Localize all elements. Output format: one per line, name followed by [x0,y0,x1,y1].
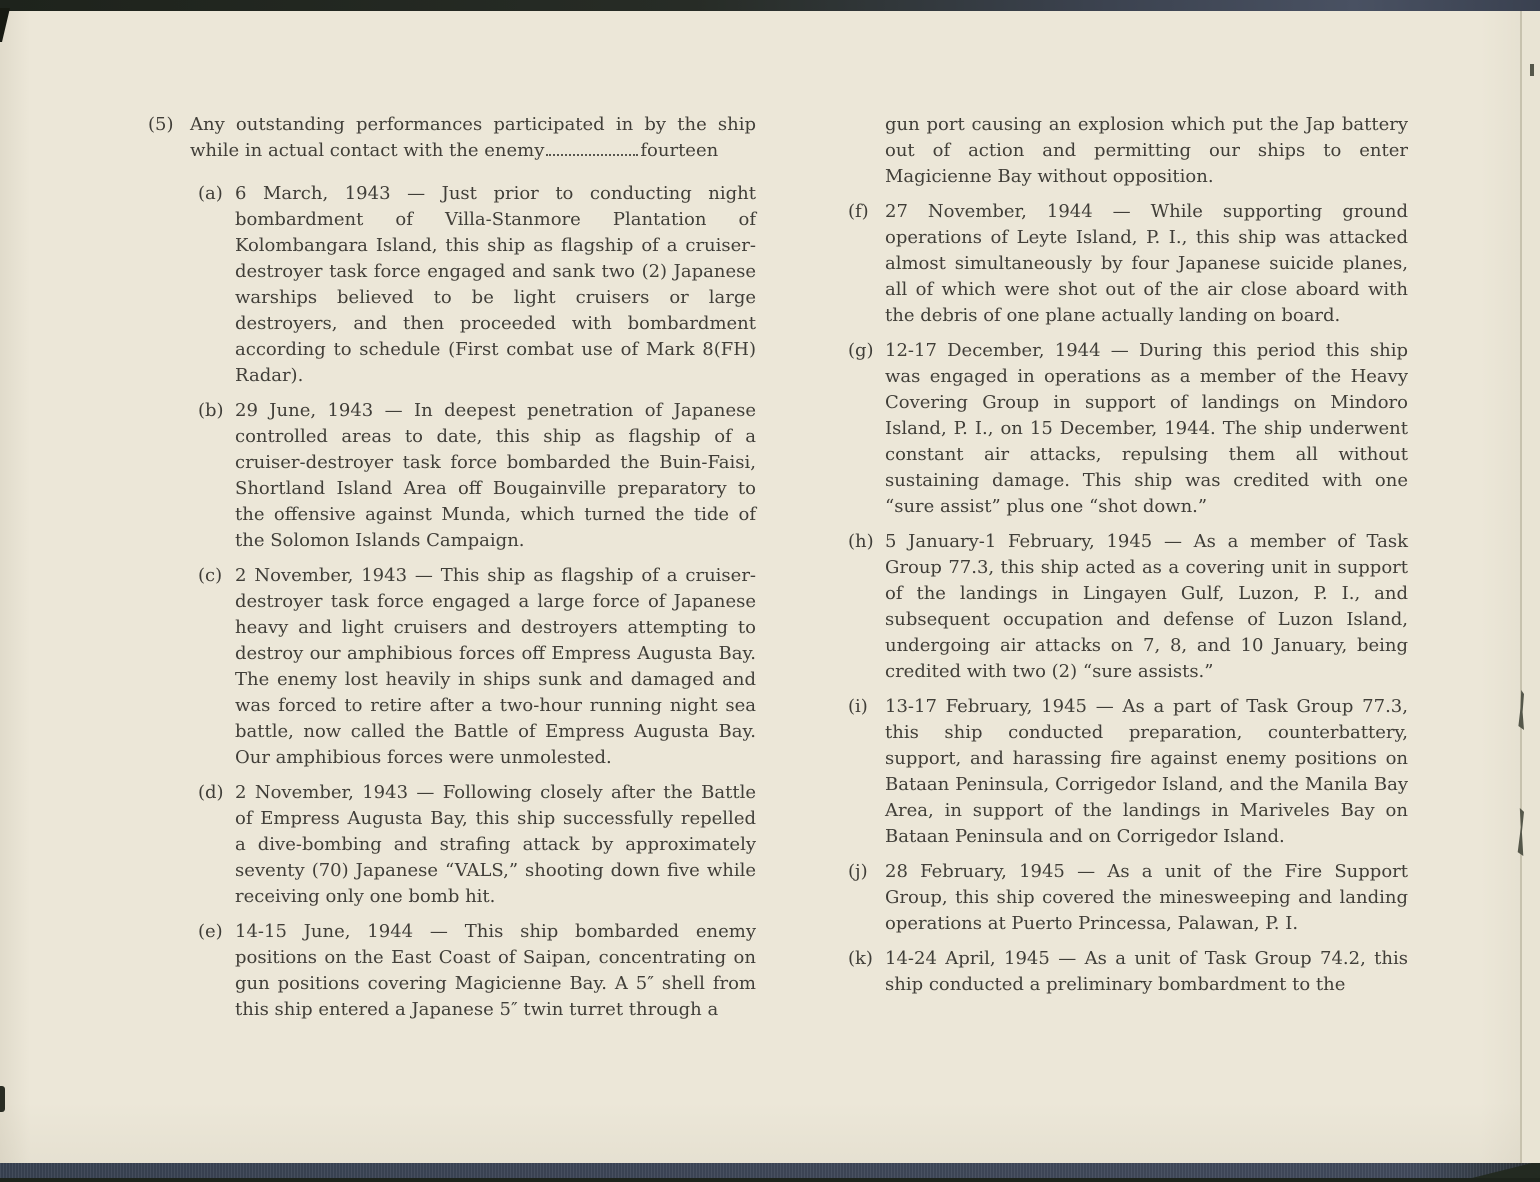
entry-b: (b) 29 June, 1943 — In deepest penetrati… [198,398,756,554]
item-5-answer: fourteen [640,140,718,161]
entry-h-marker: (h) [848,529,885,685]
entry-a-marker: (a) [198,181,235,389]
entry-i-text: 13-17 February, 1945 — As a part of Task… [885,694,1408,850]
column-left: (5) Any outstanding performances partici… [148,112,756,1023]
item-5-text: Any outstanding performances participate… [190,112,756,164]
entry-d-text: 2 November, 1943 — Following closely aft… [235,780,756,910]
page-edge-speck [1530,64,1534,76]
column-right: gun port causing an explosion which put … [848,112,1408,998]
entry-d: (d) 2 November, 1943 — Following closely… [198,780,756,910]
entry-c-marker: (c) [198,563,235,771]
entry-g: (g) 12-17 December, 1944 — During this p… [848,338,1408,520]
entry-d-marker: (d) [198,780,235,910]
entry-i: (i) 13-17 February, 1945 — As a part of … [848,694,1408,850]
entry-c: (c) 2 November, 1943 — This ship as flag… [198,563,756,771]
entry-k-marker: (k) [848,946,885,998]
entry-h-text: 5 January-1 February, 1945 — As a member… [885,529,1408,685]
entry-k-text: 14-24 April, 1945 — As a unit of Task Gr… [885,946,1408,998]
entry-e-text: 14-15 June, 1944 — This ship bombarded e… [235,919,756,1023]
entry-g-text: 12-17 December, 1944 — During this perio… [885,338,1408,520]
entry-j-text: 28 February, 1945 — As a unit of the Fir… [885,859,1408,937]
scanned-book-page: (5) Any outstanding performances partici… [0,0,1540,1182]
entry-j-marker: (j) [848,859,885,937]
entry-i-marker: (i) [848,694,885,850]
entry-j: (j) 28 February, 1945 — As a unit of the… [848,859,1408,937]
entry-g-marker: (g) [848,338,885,520]
entry-k: (k) 14-24 April, 1945 — As a unit of Tas… [848,946,1408,998]
entry-f: (f) 27 November, 1944 — While supporting… [848,199,1408,329]
cover-corner-notch [0,8,10,42]
entry-e-marker: (e) [198,919,235,1023]
entry-f-text: 27 November, 1944 — While supporting gro… [885,199,1408,329]
cover-bottom-line [0,1178,1540,1182]
entry-b-text: 29 June, 1943 — In deepest penetration o… [235,398,756,554]
page-right-edge-strip [1522,11,1540,1163]
item-5: (5) Any outstanding performances partici… [148,112,756,164]
item-5-marker: (5) [148,112,190,164]
entry-a-text: 6 March, 1943 — Just prior to conducting… [235,181,756,389]
entry-e: (e) 14-15 June, 1944 — This ship bombard… [198,919,756,1023]
entry-b-marker: (b) [198,398,235,554]
entry-f-marker: (f) [848,199,885,329]
dotted-leader [546,150,638,156]
left-edge-mark [0,1086,5,1112]
book-cover-top-edge [0,0,1540,11]
entry-c-text: 2 November, 1943 — This ship as flagship… [235,563,756,771]
entry-a: (a) 6 March, 1943 — Just prior to conduc… [198,181,756,389]
entry-e-continuation: gun port causing an explosion which put … [885,112,1408,190]
entry-h: (h) 5 January-1 February, 1945 — As a me… [848,529,1408,685]
